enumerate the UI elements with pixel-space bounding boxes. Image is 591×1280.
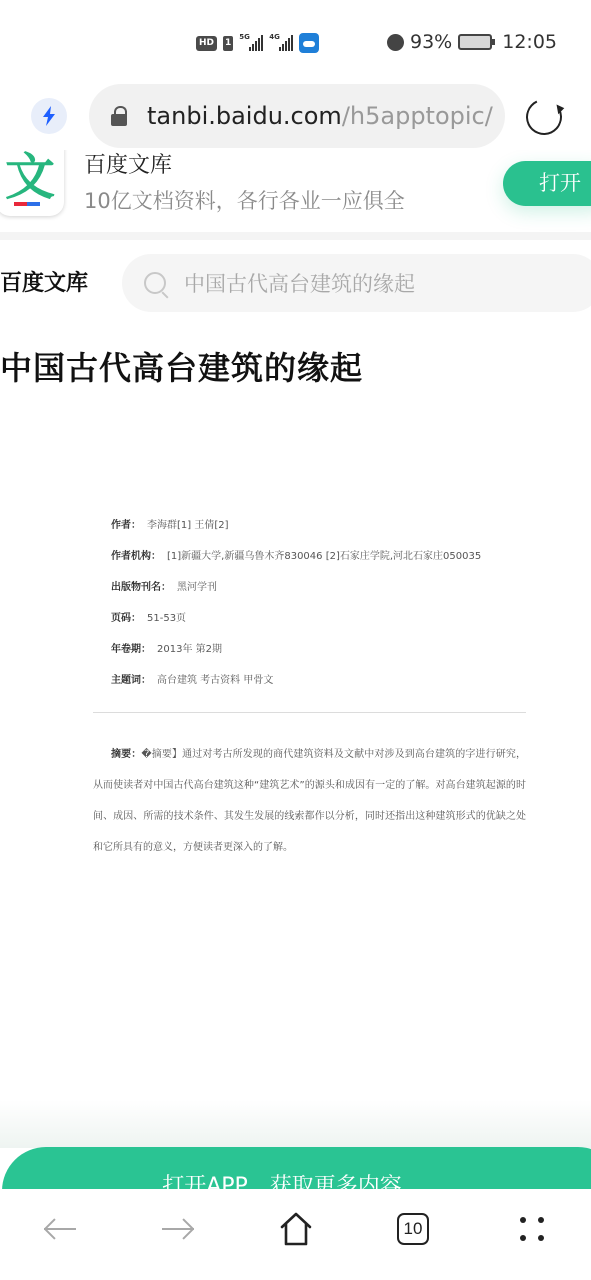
alarm-icon (387, 34, 404, 51)
document-divider (93, 712, 526, 713)
back-arrow-icon (44, 1228, 76, 1230)
brand-logo-text[interactable]: 百度文库 (0, 266, 88, 297)
meta-row-author: 作者：李海群[1] 王倩[2] (93, 512, 526, 543)
search-icon (144, 272, 166, 294)
content-fade-overlay (0, 1100, 591, 1148)
bolt-icon[interactable] (31, 98, 67, 134)
screen: HD 1 5G 4G 93% 12:05 tanbi.baidu.com/h5 (0, 0, 591, 1280)
network-type-5g: 5G (239, 33, 250, 41)
meta-label: 主题词： (111, 675, 151, 686)
signal-4g-icon: 4G (269, 35, 293, 51)
document-preview: 作者：李海群[1] 王倩[2] 作者机构：[1]新疆大学,新疆乌鲁木齐83004… (93, 512, 526, 863)
search-header: 百度文库 中国古代高台建筑的缘起 (0, 252, 591, 312)
meta-value: 黑河学刊 (177, 582, 217, 593)
meta-row-issue: 年卷期：2013年 第2期 (93, 636, 526, 667)
meta-value: 高台建筑 考古资料 甲骨文 (157, 675, 273, 686)
forward-arrow-icon (162, 1228, 194, 1230)
network-type-4g: 4G (269, 33, 280, 41)
url-path: /h5apptopic/ (342, 102, 493, 130)
meta-row-pages: 页码：51-53页 (93, 605, 526, 636)
meta-value: 李海群[1] 王倩[2] (147, 520, 229, 531)
app-logo-glyph: 文 (5, 152, 55, 202)
search-input[interactable]: 中国古代高台建筑的缘起 (122, 254, 591, 312)
meta-value: [1]新疆大学,新疆乌鲁木齐830046 [2]石家庄学院,河北石家庄05003… (167, 551, 481, 562)
meta-label: 页码： (111, 613, 141, 624)
app-logo-stripe (14, 202, 40, 206)
menu-dots-icon (520, 1217, 544, 1241)
reload-icon[interactable] (521, 94, 567, 140)
meta-label: 出版物刊名： (111, 582, 171, 593)
app-logo-icon: 文 (0, 150, 64, 216)
clock: 12:05 (502, 31, 557, 53)
tabs-button[interactable]: 10 (393, 1209, 433, 1249)
battery-percent: 93% (410, 31, 452, 53)
tabs-icon: 10 (397, 1213, 429, 1245)
banner-divider (0, 232, 591, 240)
signal-5g-icon: 5G (239, 35, 263, 51)
battery-charging-icon (458, 34, 492, 50)
meta-label: 作者： (111, 520, 141, 531)
weather-app-icon (299, 33, 319, 53)
lock-icon (111, 106, 129, 126)
menu-button[interactable] (512, 1209, 552, 1249)
meta-value: 2013年 第2期 (157, 644, 222, 655)
forward-button[interactable] (158, 1209, 198, 1249)
status-left-group: HD 1 5G 4G (196, 33, 319, 53)
sim-icon: 1 (223, 36, 233, 51)
meta-row-keywords: 主题词：高台建筑 考古资料 甲骨文 (93, 667, 526, 698)
page-title: 中国古代高台建筑的缘起 (0, 343, 363, 389)
status-bar: HD 1 5G 4G 93% 12:05 (0, 0, 591, 80)
open-app-button[interactable]: 打开 (503, 161, 591, 206)
app-tagline: 10亿文档资料，各行各业一应俱全 (84, 185, 405, 215)
meta-row-journal: 出版物刊名：黑河学刊 (93, 574, 526, 605)
url-host: tanbi.baidu.com (147, 102, 342, 130)
meta-row-institution: 作者机构：[1]新疆大学,新疆乌鲁木齐830046 [2]石家庄学院,河北石家庄… (93, 543, 526, 574)
home-icon (278, 1211, 314, 1247)
browser-toolbar: tanbi.baidu.com/h5apptopic/ (0, 82, 591, 150)
meta-label: 作者机构： (111, 551, 161, 562)
browser-nav-bar: 10 (0, 1189, 591, 1280)
status-right-group: 93% 12:05 (387, 31, 557, 53)
hd-icon: HD (196, 36, 217, 51)
back-button[interactable] (40, 1209, 80, 1249)
meta-value: 51-53页 (147, 613, 186, 624)
home-button[interactable] (276, 1209, 316, 1249)
meta-label: 年卷期： (111, 644, 151, 655)
search-placeholder: 中国古代高台建筑的缘起 (184, 268, 415, 298)
abstract-paragraph: 摘要：�摘要】通过对考古所发现的商代建筑资料及文献中对涉及到高台建筑的字进行研究… (93, 739, 526, 863)
address-bar[interactable]: tanbi.baidu.com/h5apptopic/ (89, 84, 505, 148)
abstract-text: �摘要】通过对考古所发现的商代建筑资料及文献中对涉及到高台建筑的字进行研究，从而… (93, 749, 526, 853)
app-promo-banner: 文 百度文库 10亿文档资料，各行各业一应俱全 打开 (0, 150, 591, 238)
abstract-label: 摘要： (111, 749, 141, 760)
app-name: 百度文库 (84, 154, 172, 178)
